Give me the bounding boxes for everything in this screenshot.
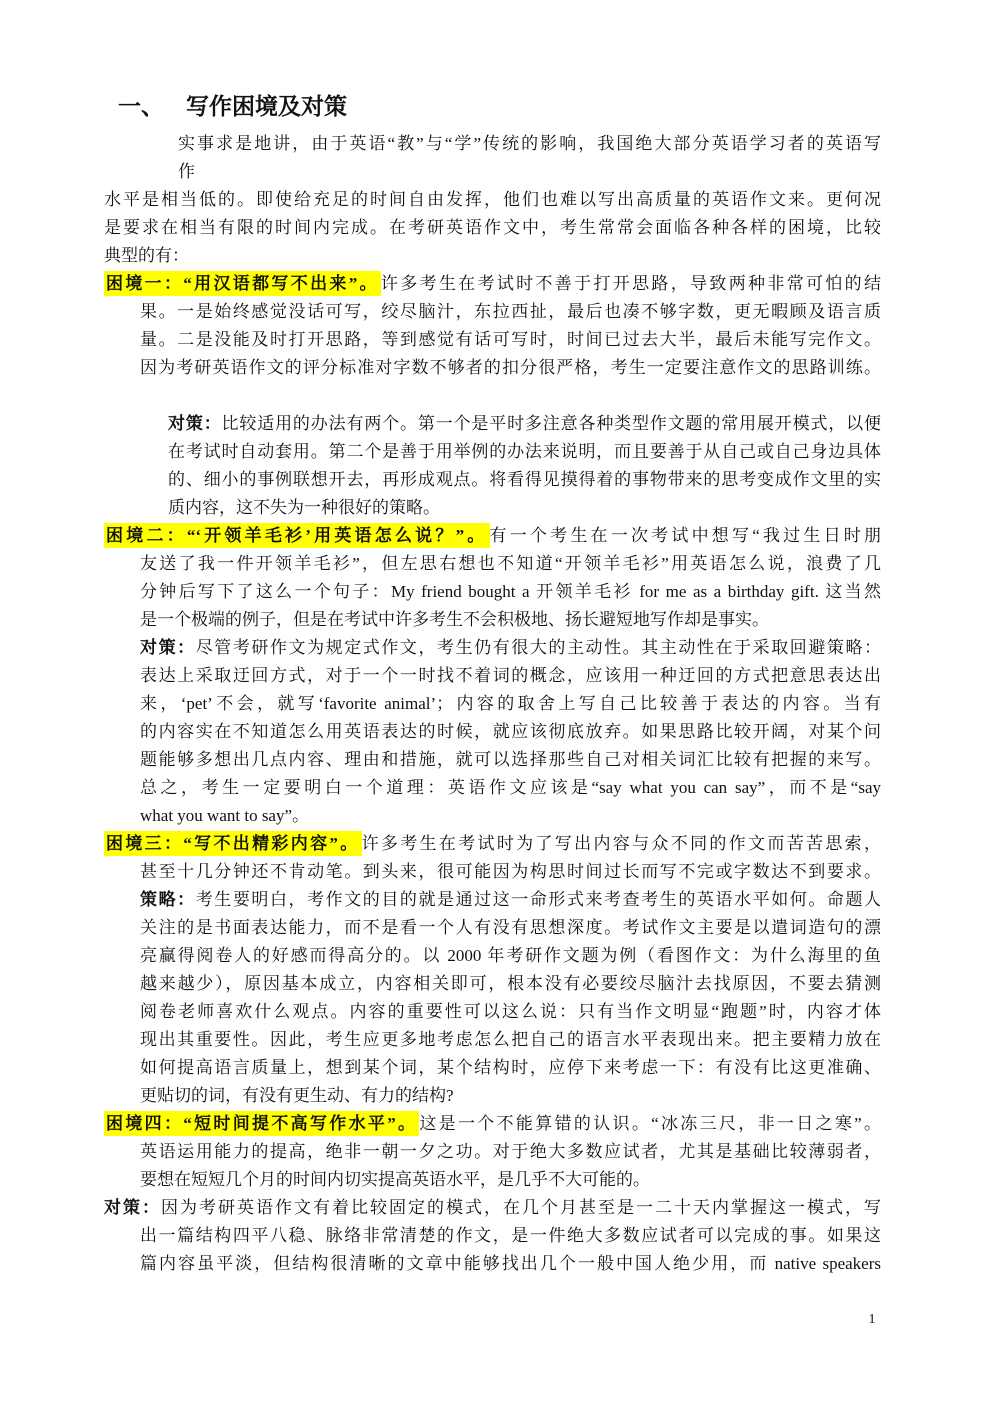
doc-line: 越来越少），原因基本成立，内容相关即可，根本没有必要绞尽脑汁去找原因，不要去猜测 [104,970,881,998]
text-run: what you want to say”。 [140,806,309,825]
text-run: 这是一个不能算错的认识。“冰冻三尺，非一日之寒”。 [419,1114,881,1133]
text-run: 的、细小的事例联想开去，再形成观点。将看得见摸得着的事物带来的思考变成作文里的实 [168,470,881,489]
doc-line: 困境三：“写不出精彩内容”。许多考生在考试时为了写出内容与众不同的作文而苦苦思索… [104,830,881,858]
text-run: 来，‘pet’不会，就写‘favorite animal’；内容的取舍上写自己比… [140,694,881,713]
doc-line: 困境二：“‘开领羊毛衫’用英语怎么说？”。有一个考生在一次考试中想写“我过生日时… [104,522,881,550]
doc-line: 典型的有： [104,242,881,270]
text-run: 比较适用的办法有两个。第一个是平时多注意各种类型作文题的常用展开模式，以便 [222,414,881,433]
doc-line: 分钟后写下了这么一个句子：My friend bought a 开领羊毛衫 fo… [104,578,881,606]
text-run: 在考试时自动套用。第二个是善于用举例的办法来说明，而且要善于从自己或自己身边具体 [168,442,881,461]
paragraph-label: 对策： [140,638,196,657]
text-run: 是一个极端的例子，但是在考试中许多考生不会积极地、扬长避短地写作却是事实。 [140,610,769,629]
text-run: 考生要明白，考作文的目的就是通过这一命形式来考查考生的英语水平如何。命题人 [196,890,881,909]
document-page: 一、写作困境及对策 实事求是地讲，由于英语“教”与“学”传统的影响，我国绝大部分… [0,0,993,1404]
paragraph-label: 策略： [140,890,196,909]
doc-line: 如何提高语言质量上，想到某个词，某个结构时，应停下来考虑一下：有没有比这更准确、 [104,1054,881,1082]
text-run: 亮赢得阅卷人的好感而得高分的。以 2000 年考研作文题为例（看图作文：为什么海… [140,946,881,965]
doc-line: 出一篇结构四平八稳、脉络非常清楚的作文，是一件绝大多数应试者可以完成的事。如果这 [104,1222,881,1250]
doc-line: 实事求是地讲，由于英语“教”与“学”传统的影响，我国绝大部分英语学习者的英语写 [104,130,881,158]
doc-line: 要想在短短几个月的时间内切实提高英语水平，是几乎不大可能的。 [104,1166,881,1194]
document-content: 一、写作困境及对策 实事求是地讲，由于英语“教”与“学”传统的影响，我国绝大部分… [104,92,881,1278]
doc-line: 质内容，这不失为一种很好的策略。 [104,494,881,522]
doc-line: 亮赢得阅卷人的好感而得高分的。以 2000 年考研作文题为例（看图作文：为什么海… [104,942,881,970]
doc-line: 的、细小的事例联想开去，再形成观点。将看得见摸得着的事物带来的思考变成作文里的实 [104,466,881,494]
doc-line: 甚至十几分钟还不肯动笔。到头来，很可能因为构思时间过长而写不完或字数达不到要求。 [104,858,881,886]
text-run: 表达上采取迂回方式，对于一个一时找不着词的概念，应该用一种迂回的方式把意思表达出 [140,666,881,685]
text-run: 有一个考生在一次考试中想写“我过生日时朋 [490,526,882,545]
difficulty-header-highlight: 困境一：“用汉语都写不出来”。 [104,271,381,296]
doc-line: 英语运用能力的提高，绝非一朝一夕之功。对于绝大多数应试者，尤其是基础比较薄弱者， [104,1138,881,1166]
text-run: 果。一是始终感觉没话可写，绞尽脑汁，东拉西扯，最后也凑不够字数，更无暇顾及语言质 [140,302,881,321]
doc-line: 量。二是没能及时打开思路，等到感觉有话可写时，时间已过去大半，最后未能写完作文。 [104,326,881,354]
document-body: 实事求是地讲，由于英语“教”与“学”传统的影响，我国绝大部分英语学习者的英语写作… [104,130,881,1278]
doc-line: 作 [104,158,881,186]
doc-line: 对策：尽管考研作文为规定式作文，考生仍有很大的主动性。其主动性在于采取回避策略： [104,634,881,662]
paragraph-label: 对策： [168,414,222,433]
section-title-text: 写作困境及对策 [186,94,347,119]
text-run: 如何提高语言质量上，想到某个词，某个结构时，应停下来考虑一下：有没有比这更准确、 [140,1058,881,1077]
page-number: 1 [862,1310,882,1330]
doc-line: 友送了我一件开领羊毛衫”，但左思右想也不知道“开领羊毛衫”用英语怎么说，浪费了几 [104,550,881,578]
text-run: 水平是相当低的。即使给充足的时间自由发挥，他们也难以写出高质量的英语作文来。更何… [104,190,881,209]
text-run: 尽管考研作文为规定式作文，考生仍有很大的主动性。其主动性在于采取回避策略： [196,638,881,657]
difficulty-header-highlight: 困境三：“写不出精彩内容”。 [104,831,362,856]
text-run: 关注的是书面表达能力，而不是看一个人有没有思想深度。考试作文主要是以遣词造句的漂 [140,918,881,937]
text-run: 英语运用能力的提高，绝非一朝一夕之功。对于绝大多数应试者，尤其是基础比较薄弱者， [140,1142,881,1161]
text-run: 的内容实在不知道怎么用英语表达的时候，就应该彻底放弃。如果思路比较开阔，对某个问 [140,722,881,741]
text-run: 因为考研英语作文的评分标准对字数不够者的扣分很严格，考生一定要注意作文的思路训练… [140,358,881,377]
text-run: 是要求在相当有限的时间内完成。在考研英语作文中，考生常常会面临各种各样的困境，比… [104,218,881,237]
text-run: 分钟后写下了这么一个句子：My friend bought a 开领羊毛衫 fo… [140,582,881,601]
doc-line: 水平是相当低的。即使给充足的时间自由发挥，他们也难以写出高质量的英语作文来。更何… [104,186,881,214]
text-run: 阅卷老师喜欢什么观点。内容的重要性可以这么说：只有当作文明显“跑题”时，内容才体 [140,1002,881,1021]
text-run: 因为考研英语作文有着比较固定的模式，在几个月甚至是一二十天内掌握这一模式，写 [161,1198,881,1217]
doc-line: 是一个极端的例子，但是在考试中许多考生不会积极地、扬长避短地写作却是事实。 [104,606,881,634]
blank-line [104,382,881,410]
doc-line: 篇内容虽平淡，但结构很清晰的文章中能够找出几个一般中国人绝少用，而 native… [104,1250,881,1278]
doc-line: 果。一是始终感觉没话可写，绞尽脑汁，东拉西扯，最后也凑不够字数，更无暇顾及语言质 [104,298,881,326]
text-run: 出一篇结构四平八稳、脉络非常清楚的作文，是一件绝大多数应试者可以完成的事。如果这 [140,1226,881,1245]
doc-line: 表达上采取迂回方式，对于一个一时找不着词的概念，应该用一种迂回的方式把意思表达出 [104,662,881,690]
section-title: 一、写作困境及对策 [104,92,881,122]
text-run: 实事求是地讲，由于英语“教”与“学”传统的影响，我国绝大部分英语学习者的英语写 [178,134,881,153]
doc-line: 是要求在相当有限的时间内完成。在考研英语作文中，考生常常会面临各种各样的困境，比… [104,214,881,242]
text-run: 许多考生在考试时不善于打开思路，导致两种非常可怕的结 [381,274,881,293]
text-run: 甚至十几分钟还不肯动笔。到头来，很可能因为构思时间过长而写不完或字数达不到要求。 [140,862,881,881]
text-run: 更贴切的词，有没有更生动、有力的结构? [140,1086,454,1105]
text-run: 题能够多想出几点内容、理由和措施，就可以选择那些自己对相关词汇比较有把握的来写。 [140,750,881,769]
text-run: 作 [178,162,195,181]
doc-line: 阅卷老师喜欢什么观点。内容的重要性可以这么说：只有当作文明显“跑题”时，内容才体 [104,998,881,1026]
text-run: 现出其重要性。因此，考生应更多地考虑怎么把自己的语言水平表现出来。把主要精力放在 [140,1030,881,1049]
doc-line: what you want to say”。 [104,802,881,830]
text-run: 要想在短短几个月的时间内切实提高英语水平，是几乎不大可能的。 [140,1170,650,1189]
doc-line: 的内容实在不知道怎么用英语表达的时候，就应该彻底放弃。如果思路比较开阔，对某个问 [104,718,881,746]
text-run: 许多考生在考试时为了写出内容与众不同的作文而苦苦思索， [362,834,881,853]
doc-line: 策略：考生要明白，考作文的目的就是通过这一命形式来考查考生的英语水平如何。命题人 [104,886,881,914]
doc-line: 关注的是书面表达能力，而不是看一个人有没有思想深度。考试作文主要是以遣词造句的漂 [104,914,881,942]
paragraph-label: 对策： [104,1198,161,1217]
section-title-numbering: 一、 [118,94,164,119]
doc-line: 更贴切的词，有没有更生动、有力的结构? [104,1082,881,1110]
difficulty-header-highlight: 困境四：“短时间提不高写作水平”。 [104,1111,419,1136]
doc-line: 因为考研英语作文的评分标准对字数不够者的扣分很严格，考生一定要注意作文的思路训练… [104,354,881,382]
text-run: 量。二是没能及时打开思路，等到感觉有话可写时，时间已过去大半，最后未能写完作文。 [140,330,881,349]
difficulty-header-highlight: 困境二：“‘开领羊毛衫’用英语怎么说？”。 [104,523,490,548]
text-run: 典型的有： [104,246,189,265]
doc-line: 对策：因为考研英语作文有着比较固定的模式，在几个月甚至是一二十天内掌握这一模式，… [104,1194,881,1222]
doc-line: 题能够多想出几点内容、理由和措施，就可以选择那些自己对相关词汇比较有把握的来写。 [104,746,881,774]
text-run: 总之，考生一定要明白一个道理：英语作文应该是“say what you can … [140,778,881,797]
doc-line: 在考试时自动套用。第二个是善于用举例的办法来说明，而且要善于从自己或自己身边具体 [104,438,881,466]
doc-line: 困境一：“用汉语都写不出来”。许多考生在考试时不善于打开思路，导致两种非常可怕的… [104,270,881,298]
doc-line: 对策：比较适用的办法有两个。第一个是平时多注意各种类型作文题的常用展开模式，以便 [104,410,881,438]
text-run: 友送了我一件开领羊毛衫”，但左思右想也不知道“开领羊毛衫”用英语怎么说，浪费了几 [140,554,881,573]
doc-line: 总之，考生一定要明白一个道理：英语作文应该是“say what you can … [104,774,881,802]
doc-line: 来，‘pet’不会，就写‘favorite animal’；内容的取舍上写自己比… [104,690,881,718]
text-run: 质内容，这不失为一种很好的策略。 [168,498,440,517]
doc-line: 困境四：“短时间提不高写作水平”。这是一个不能算错的认识。“冰冻三尺，非一日之寒… [104,1110,881,1138]
text-run: 篇内容虽平淡，但结构很清晰的文章中能够找出几个一般中国人绝少用，而 native… [140,1254,881,1273]
text-run: 越来越少），原因基本成立，内容相关即可，根本没有必要绞尽脑汁去找原因，不要去猜测 [140,974,881,993]
doc-line: 现出其重要性。因此，考生应更多地考虑怎么把自己的语言水平表现出来。把主要精力放在 [104,1026,881,1054]
